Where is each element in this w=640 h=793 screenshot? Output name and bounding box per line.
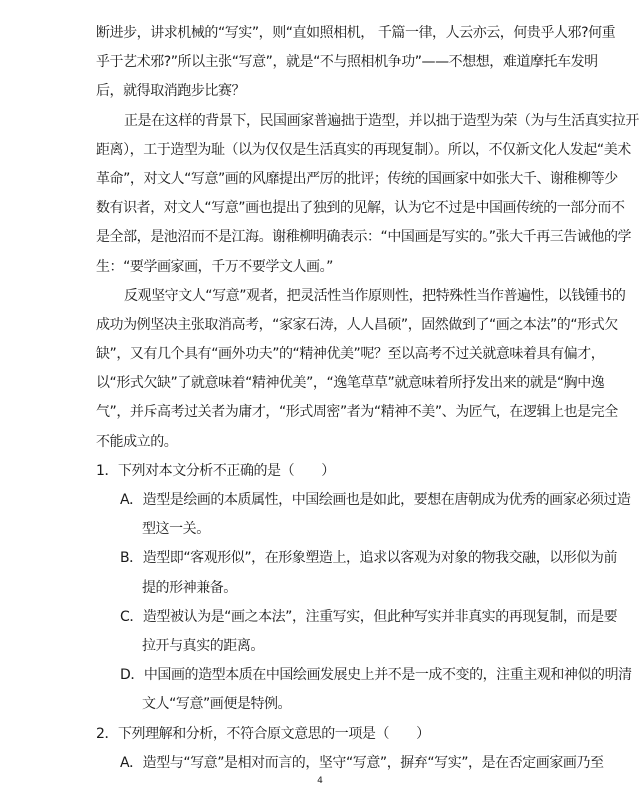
text-line: 生：“要学画家画，千万不要学文人画。” bbox=[96, 253, 546, 282]
question-stem: 1．下列对本文分析不正确的是（ ） bbox=[96, 457, 546, 486]
paragraph-background: 正是在这样的背景下，民国画家普遍拙于造型，并以拙于造型为荣（为与生活真实拉开 距… bbox=[96, 107, 546, 282]
document-page: 断进步，讲求机械的“写实”，则“直如照相机， 千篇一律，人云亦云，何贵乎人邪?何… bbox=[0, 0, 640, 793]
option-text: B．造型即“客观形似”，在形象塑造上，追求以客观为对象的物我交融，以形似为前 bbox=[96, 544, 546, 573]
option-text: 文人“写意”画便是特例。 bbox=[96, 690, 546, 719]
text-line: 是全部，是池沼而不是江海。谢稚柳明确表示：“中国画是写实的。”张大千再三告诫他的… bbox=[96, 223, 546, 252]
option-text: 提的形神兼备。 bbox=[96, 574, 546, 603]
text-line: 距离），工于造型为耻（以为仅仅是生活真实的再现复制）。所以，不仅新文化人发起“美… bbox=[96, 136, 546, 165]
question-2: 2．下列理解和分析，不符合原文意思的一项是（ ） A．造型与“写意”是相对而言的… bbox=[96, 720, 546, 778]
option-c: C．造型被认为是“画之本法”，注重写实，但此种写实并非真实的再现复制，而是要 拉… bbox=[96, 603, 546, 661]
option-text: A．造型与“写意”是相对而言的，坚守“写意”，摒弃“写实”，是在否定画家画乃至 bbox=[96, 749, 546, 778]
text-line: 数有识者，对文人“写意”画也提出了独到的见解，认为它不过是中国画传统的一部分而不 bbox=[96, 194, 546, 223]
text-line: 不能成立的。 bbox=[96, 428, 546, 457]
option-text: 拉开与真实的距离。 bbox=[96, 632, 546, 661]
text-line: 反观坚守文人“写意”观者，把灵活性当作原则性，把特殊性当作普遍性，以钱锺书的 bbox=[96, 282, 546, 311]
text-line: 缺”，又有几个具有“画外功夫”的“精神优美”呢？至以高考不过关就意味着具有偏才， bbox=[96, 340, 546, 369]
text-line: 成功为例坚决主张取消高考，“家家石涛，人人昌硕”，固然做到了“画之本法”的“形式… bbox=[96, 311, 546, 340]
page-content: 断进步，讲求机械的“写实”，则“直如照相机， 千篇一律，人云亦云，何贵乎人邪?何… bbox=[96, 19, 546, 778]
text-line: 以“形式欠缺”了就意味着“精神优美”，“逸笔草草”就意味着所抒发出来的就是“胸中… bbox=[96, 369, 546, 398]
question-1: 1．下列对本文分析不正确的是（ ） A．造型是绘画的本质属性，中国绘画也是如此，… bbox=[96, 457, 546, 720]
option-text: D．中国画的造型本质在中国绘画发展史上并不是一成不变的，注重主观和神似的明清 bbox=[96, 661, 546, 690]
text-line: 乎于艺术邪?”所以主张“写意”，就是“不与照相机争功”——不想想，难道摩托车发明 bbox=[96, 48, 546, 77]
option-a: A．造型与“写意”是相对而言的，坚守“写意”，摒弃“写实”，是在否定画家画乃至 bbox=[96, 749, 546, 778]
question-stem: 2．下列理解和分析，不符合原文意思的一项是（ ） bbox=[96, 720, 546, 749]
text-line: 断进步，讲求机械的“写实”，则“直如照相机， 千篇一律，人云亦云，何贵乎人邪?何… bbox=[96, 19, 546, 48]
text-line: 气”，并斥高考过关者为庸才，“形式周密”者为“精神不美”、为匠气，在逻辑上也是完… bbox=[96, 398, 546, 427]
option-b: B．造型即“客观形似”，在形象塑造上，追求以客观为对象的物我交融，以形似为前 提… bbox=[96, 544, 546, 602]
text-line: 正是在这样的背景下，民国画家普遍拙于造型，并以拙于造型为荣（为与生活真实拉开 bbox=[96, 107, 546, 136]
option-text: A．造型是绘画的本质属性，中国绘画也是如此，要想在唐朝成为优秀的画家必须过造 bbox=[96, 486, 546, 515]
option-d: D．中国画的造型本质在中国绘画发展史上并不是一成不变的，注重主观和神似的明清 文… bbox=[96, 661, 546, 719]
paragraph-rebuttal: 反观坚守文人“写意”观者，把灵活性当作原则性，把特殊性当作普遍性，以钱锺书的 成… bbox=[96, 282, 546, 457]
page-number: 4 bbox=[0, 776, 640, 786]
text-line: 后，就得取消跑步比赛？ bbox=[96, 77, 546, 106]
option-text: 型这一关。 bbox=[96, 515, 546, 544]
option-text: C．造型被认为是“画之本法”，注重写实，但此种写实并非真实的再现复制，而是要 bbox=[96, 603, 546, 632]
paragraph-continuation: 断进步，讲求机械的“写实”，则“直如照相机， 千篇一律，人云亦云，何贵乎人邪?何… bbox=[96, 19, 546, 107]
option-a: A．造型是绘画的本质属性，中国绘画也是如此，要想在唐朝成为优秀的画家必须过造 型… bbox=[96, 486, 546, 544]
text-line: 革命”，对文人“写意”画的风靡提出严厉的批评；传统的国画家中如张大千、谢稚柳等少 bbox=[96, 165, 546, 194]
